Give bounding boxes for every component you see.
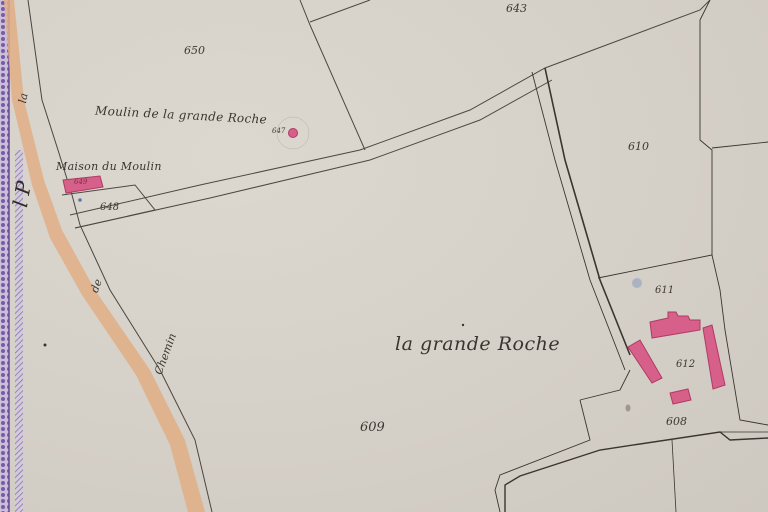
parcel-number-649[interactable]: 649 (74, 178, 87, 186)
parcel-number-611[interactable]: 611 (655, 285, 674, 296)
parcel-number-609[interactable]: 609 (360, 420, 385, 435)
margin-letters: l P (8, 179, 36, 209)
parcel-number-610[interactable]: 610 (628, 140, 649, 153)
parcel-number-648[interactable]: 648 (100, 202, 119, 213)
parcel-number-643[interactable]: 643 (506, 2, 527, 15)
parcel-number-647[interactable]: 647 (272, 127, 285, 135)
place-name-mill-house: Maison du Moulin (56, 160, 162, 173)
map-linework (0, 0, 768, 512)
parcel-number-608[interactable]: 608 (666, 415, 687, 428)
place-name-la-grande-roche: la grande Roche (395, 333, 560, 355)
parcel-number-650[interactable]: 650 (184, 44, 205, 57)
mill-symbol (289, 129, 298, 138)
commune-border (0, 0, 9, 512)
parcel-number-612[interactable]: 612 (676, 359, 695, 370)
road-chemin (4, 0, 205, 512)
road-label-la: la (16, 92, 31, 104)
cadastral-map[interactable]: 650 643 610 611 612 608 609 648 649 647 … (0, 0, 768, 512)
